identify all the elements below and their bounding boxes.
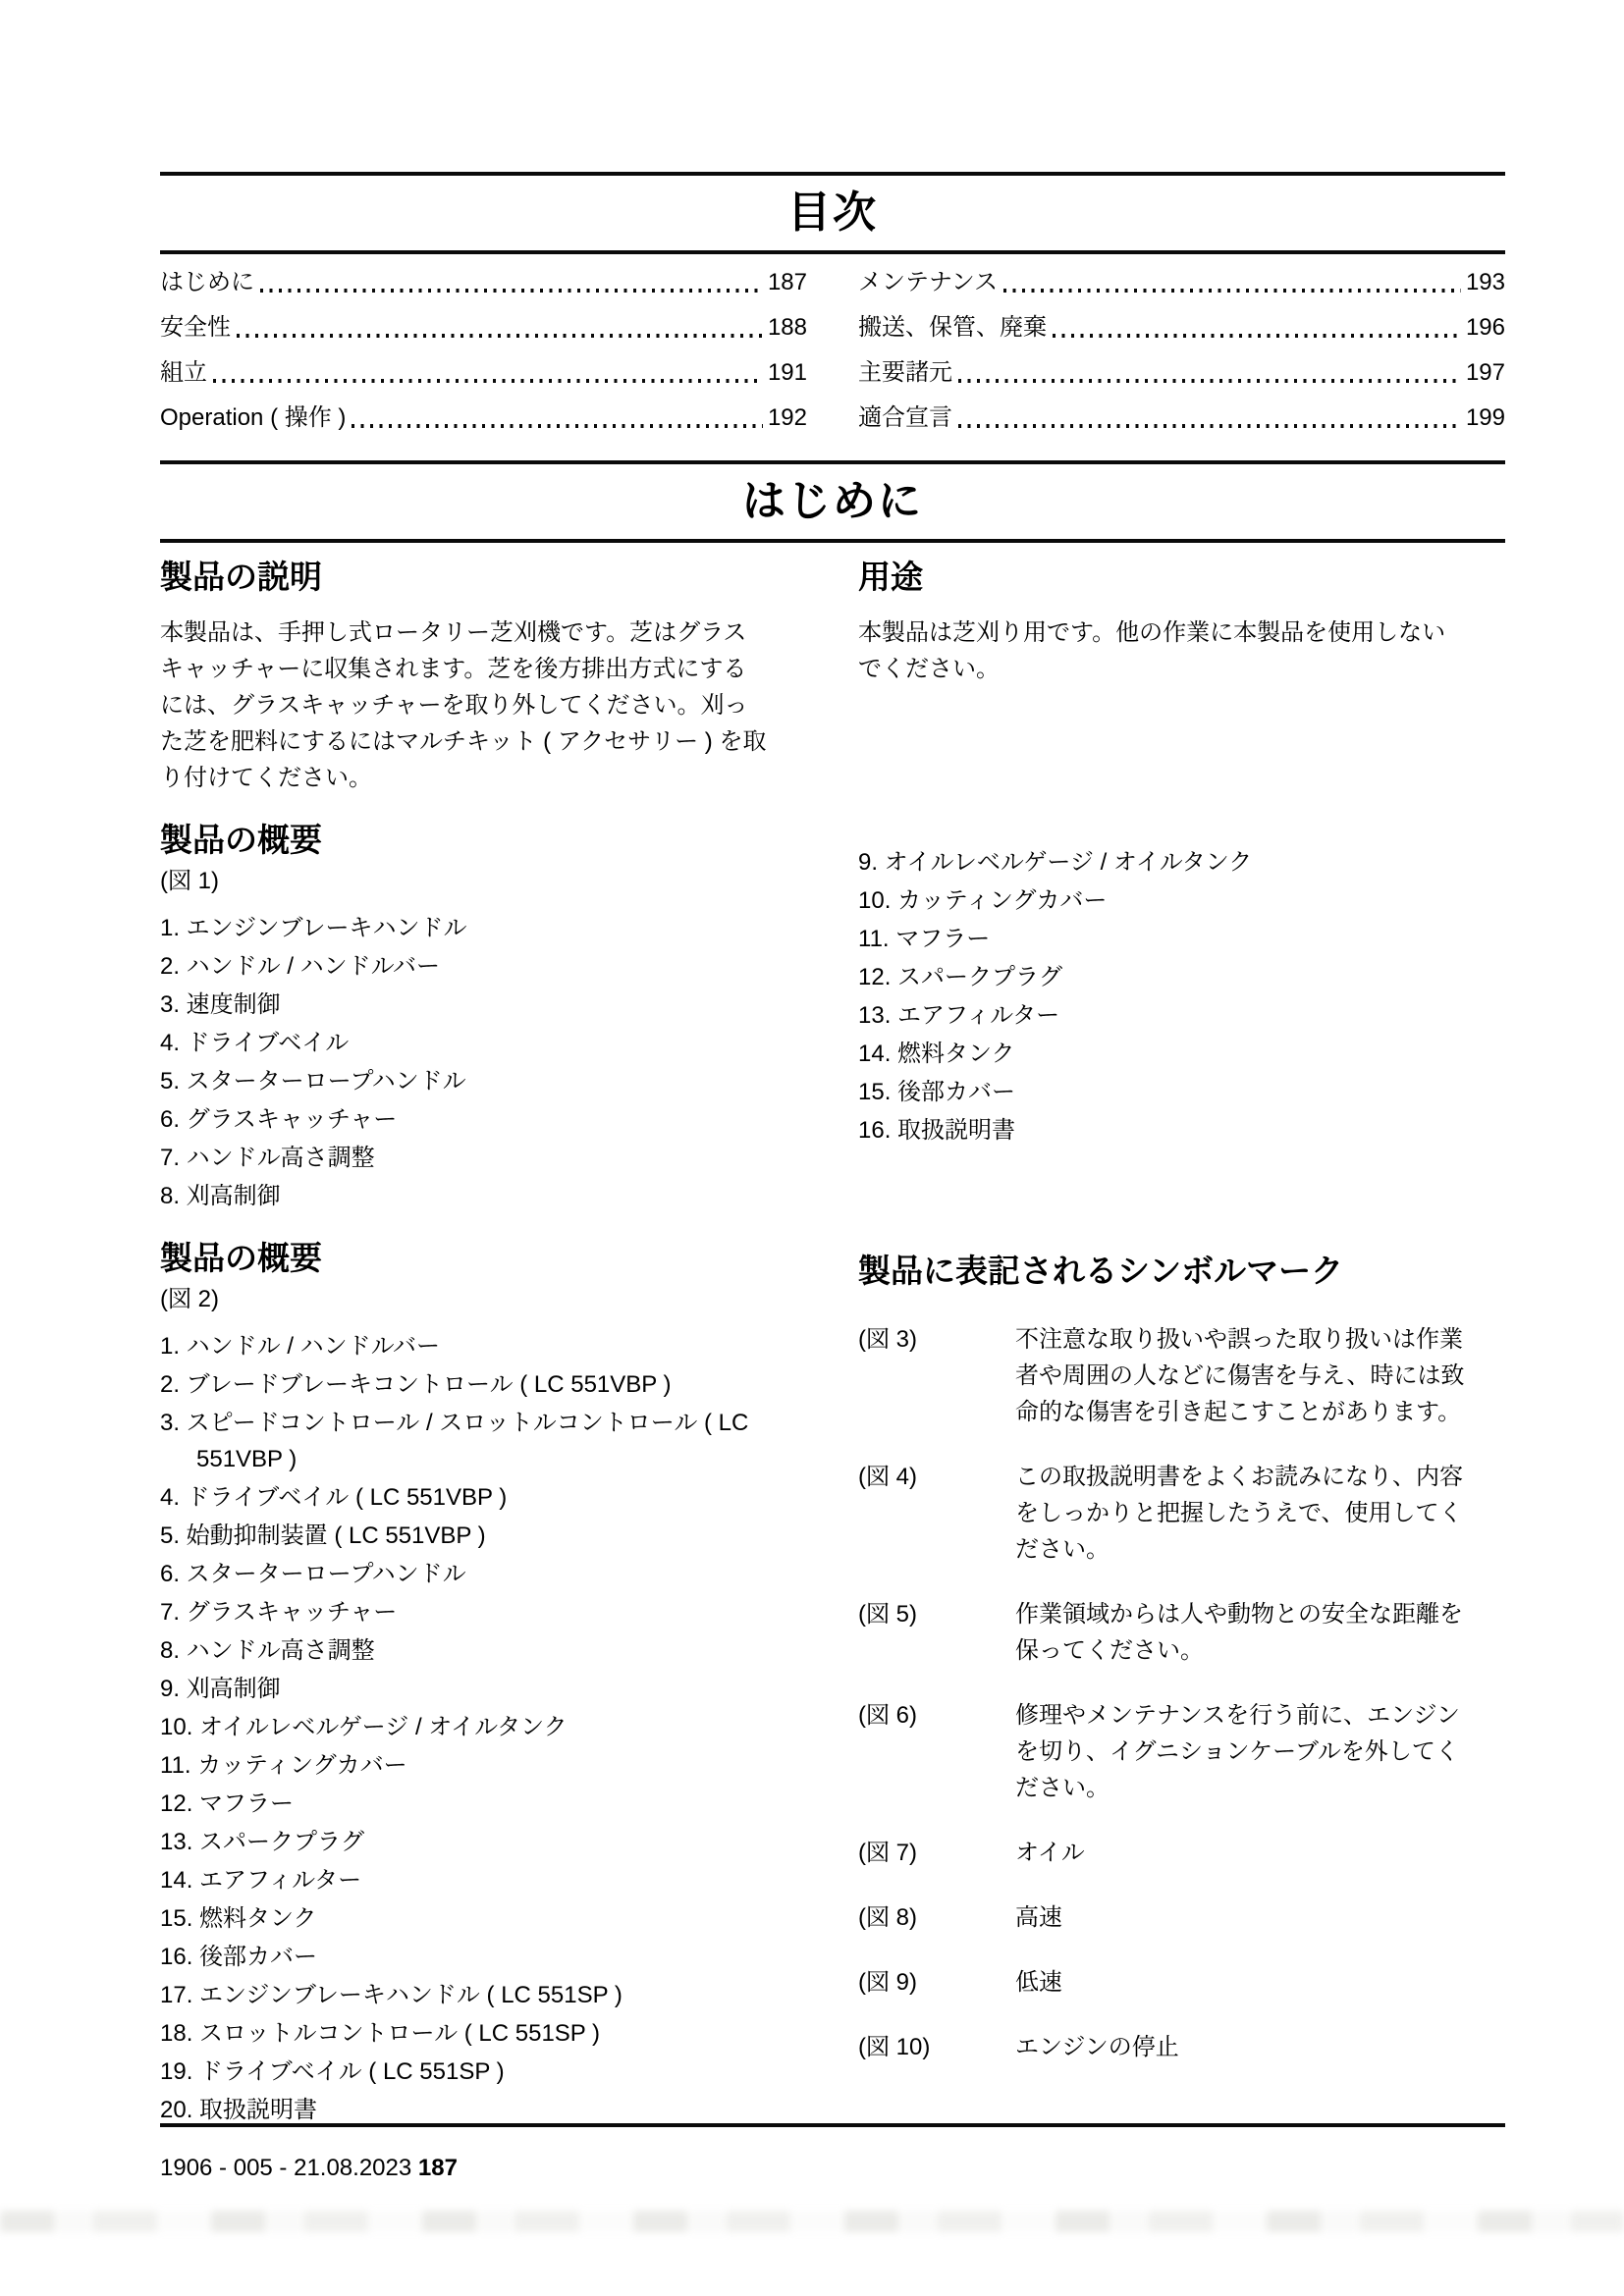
list-item: 15. 燃料タンク bbox=[160, 1900, 807, 1937]
list-item: 8. ハンドル高さ調整 bbox=[160, 1632, 807, 1669]
toc-row: 組立191 bbox=[160, 360, 807, 386]
footer-rule bbox=[160, 2123, 1505, 2127]
list-item: 14. エアフィルター bbox=[160, 1862, 807, 1898]
symbol-figure-ref: (図 7) bbox=[858, 1835, 1015, 1871]
toc-leader-dots bbox=[352, 424, 763, 428]
symbol-description: 修理やメンテナンスを行う前に、エンジンを切り、イグニションケーブルを外してくださ… bbox=[1015, 1697, 1472, 1806]
symbol-row: (図 4)この取扱説明書をよくお読みになり、内容をしっかりと把握したうえで、使用… bbox=[858, 1459, 1505, 1568]
toc-page-number: 196 bbox=[1466, 315, 1505, 341]
list-item: 2. ブレードブレーキコントロール ( LC 551VBP ) bbox=[160, 1366, 807, 1403]
toc-entry-label: 安全性 bbox=[160, 315, 231, 341]
symbol-description: 不注意な取り扱いや誤った取り扱いは作業者や周囲の人などに傷害を与え、時には致命的… bbox=[1015, 1321, 1472, 1430]
symbol-row: (図 9)低速 bbox=[858, 1964, 1505, 2001]
toc-page-number: 188 bbox=[768, 315, 807, 341]
toc-row: Operation ( 操作 )192 bbox=[160, 405, 807, 431]
toc-entry-label: Operation ( 操作 ) bbox=[160, 405, 346, 431]
symbol-rows: (図 3)不注意な取り扱いや誤った取り扱いは作業者や周囲の人などに傷害を与え、時… bbox=[858, 1321, 1505, 2065]
toc-leader-dots bbox=[237, 334, 763, 338]
symbol-description: 作業領域からは人や動物との安全な距離を保ってください。 bbox=[1015, 1596, 1472, 1669]
product-description-text: 本製品は、手押し式ロータリー芝刈機です。芝はグラスキャッチャーに収集されます。芝… bbox=[160, 614, 767, 796]
list-item: 5. スターターロープハンドル bbox=[160, 1063, 807, 1099]
list-item: 1. エンジンブレーキハンドル bbox=[160, 910, 807, 946]
list-item: 16. 取扱説明書 bbox=[858, 1112, 1505, 1148]
list-item: 12. スパークプラグ bbox=[858, 959, 1505, 995]
list-item: 2. ハンドル / ハンドルバー bbox=[160, 948, 807, 985]
list-item: 16. 後部カバー bbox=[160, 1939, 807, 1975]
toc-leader-dots bbox=[260, 289, 763, 293]
scan-artifact bbox=[0, 2211, 1624, 2232]
list-item: 13. エアフィルター bbox=[858, 997, 1505, 1034]
list-item: 4. ドライブベイル ( LC 551VBP ) bbox=[160, 1479, 807, 1516]
symbol-figure-ref: (図 5) bbox=[858, 1596, 1015, 1632]
product-description-heading: 製品の説明 bbox=[160, 559, 807, 596]
symbol-description: エンジンの停止 bbox=[1015, 2029, 1472, 2065]
toc-page-number: 192 bbox=[768, 405, 807, 431]
list-item: 6. グラスキャッチャー bbox=[160, 1101, 807, 1138]
symbol-row: (図 10)エンジンの停止 bbox=[858, 2029, 1505, 2065]
list-item: 3. スピードコントロール / スロットルコントロール ( LC 551VBP … bbox=[160, 1405, 807, 1477]
list-item: 14. 燃料タンク bbox=[858, 1036, 1505, 1072]
symbol-row: (図 5)作業領域からは人や動物との安全な距離を保ってください。 bbox=[858, 1596, 1505, 1669]
list-item: 8. 刈高制御 bbox=[160, 1178, 807, 1214]
intro-column-left: 製品の説明 本製品は、手押し式ロータリー芝刈機です。芝はグラスキャッチャーに収集… bbox=[160, 559, 807, 2130]
list-item: 7. グラスキャッチャー bbox=[160, 1594, 807, 1630]
overview-fig2-list: 1. ハンドル / ハンドルバー2. ブレードブレーキコントロール ( LC 5… bbox=[160, 1328, 807, 2128]
list-item: 1. ハンドル / ハンドルバー bbox=[160, 1328, 807, 1364]
list-item: 19. ドライブベイル ( LC 551SP ) bbox=[160, 2054, 807, 2090]
footer-doc-id: 1906 - 005 - 21.08.2023 bbox=[160, 2155, 411, 2181]
toc-leader-dots bbox=[1003, 289, 1461, 293]
toc-page-number: 197 bbox=[1466, 360, 1505, 386]
symbol-description: オイル bbox=[1015, 1835, 1472, 1871]
toc-leader-dots bbox=[958, 379, 1461, 383]
symbol-figure-ref: (図 9) bbox=[858, 1964, 1015, 2001]
toc-row: 主要諸元197 bbox=[858, 360, 1505, 386]
list-item: 10. カッティングカバー bbox=[858, 882, 1505, 919]
list-item: 13. スパークプラグ bbox=[160, 1824, 807, 1860]
list-item: 11. マフラー bbox=[858, 921, 1505, 957]
symbol-figure-ref: (図 10) bbox=[858, 2029, 1015, 2065]
toc-leader-dots bbox=[213, 379, 763, 383]
symbol-description: 高速 bbox=[1015, 1899, 1472, 1936]
content-area: 目次 はじめに187安全性188組立191Operation ( 操作 )192… bbox=[160, 0, 1505, 2130]
symbol-row: (図 7)オイル bbox=[858, 1835, 1505, 1871]
list-item: 17. エンジンブレーキハンドル ( LC 551SP ) bbox=[160, 1977, 807, 2013]
list-item: 5. 始動抑制装置 ( LC 551VBP ) bbox=[160, 1518, 807, 1554]
toc-page-number: 187 bbox=[768, 270, 807, 295]
figure2-ref: (図 2) bbox=[160, 1285, 807, 1314]
toc-column-left: はじめに187安全性188組立191Operation ( 操作 )192 bbox=[160, 270, 807, 451]
toc-page-number: 199 bbox=[1466, 405, 1505, 431]
intro-title: はじめに bbox=[160, 464, 1505, 539]
list-item: 7. ハンドル高さ調整 bbox=[160, 1140, 807, 1176]
list-item: 18. スロットルコントロール ( LC 551SP ) bbox=[160, 2015, 807, 2052]
list-item: 15. 後部カバー bbox=[858, 1074, 1505, 1110]
list-item: 11. カッティングカバー bbox=[160, 1747, 807, 1784]
intended-use-text: 本製品は芝刈り用です。他の作業に本製品を使用しないでください。 bbox=[858, 614, 1465, 687]
toc-entry-label: 組立 bbox=[160, 360, 207, 386]
toc-columns: はじめに187安全性188組立191Operation ( 操作 )192 メン… bbox=[160, 270, 1505, 451]
toc-row: 適合宣言199 bbox=[858, 405, 1505, 431]
toc-row: メンテナンス193 bbox=[858, 270, 1505, 295]
overview-fig1-heading: 製品の概要 bbox=[160, 822, 807, 859]
intro-columns: 製品の説明 本製品は、手押し式ロータリー芝刈機です。芝はグラスキャッチャーに収集… bbox=[160, 559, 1505, 2130]
toc-entry-label: 適合宣言 bbox=[858, 405, 952, 431]
symbol-row: (図 3)不注意な取り扱いや誤った取り扱いは作業者や周囲の人などに傷害を与え、時… bbox=[858, 1321, 1505, 1430]
symbol-figure-ref: (図 6) bbox=[858, 1697, 1015, 1734]
toc-page-number: 191 bbox=[768, 360, 807, 386]
list-item: 6. スターターロープハンドル bbox=[160, 1556, 807, 1592]
toc-column-right: メンテナンス193搬送、保管、廃棄196主要諸元197適合宣言199 bbox=[858, 270, 1505, 451]
manual-page: 目次 はじめに187安全性188組立191Operation ( 操作 )192… bbox=[0, 0, 1624, 2296]
figure1-ref: (図 1) bbox=[160, 867, 807, 896]
list-item: 9. オイルレベルゲージ / オイルタンク bbox=[858, 844, 1505, 881]
list-item: 12. マフラー bbox=[160, 1786, 807, 1822]
symbol-description: この取扱説明書をよくお読みになり、内容をしっかりと把握したうえで、使用してくださ… bbox=[1015, 1459, 1472, 1568]
intro-divider-bottom bbox=[160, 539, 1505, 543]
symbol-figure-ref: (図 8) bbox=[858, 1899, 1015, 1936]
toc-entry-label: 搬送、保管、廃棄 bbox=[858, 315, 1047, 341]
overview-fig1-list-right: 9. オイルレベルゲージ / オイルタンク10. カッティングカバー11. マフ… bbox=[858, 844, 1505, 1148]
list-item: 10. オイルレベルゲージ / オイルタンク bbox=[160, 1709, 807, 1745]
list-item: 9. 刈高制御 bbox=[160, 1671, 807, 1707]
list-item: 3. 速度制御 bbox=[160, 987, 807, 1023]
toc-entry-label: メンテナンス bbox=[858, 270, 998, 295]
symbol-row: (図 6)修理やメンテナンスを行う前に、エンジンを切り、イグニションケーブルを外… bbox=[858, 1697, 1505, 1806]
symbol-row: (図 8)高速 bbox=[858, 1899, 1505, 1936]
footer: 1906 - 005 - 21.08.2023 187 bbox=[160, 2154, 458, 2183]
toc-row: はじめに187 bbox=[160, 270, 807, 295]
overview-fig2-heading: 製品の概要 bbox=[160, 1240, 807, 1277]
toc-divider-bottom bbox=[160, 250, 1505, 254]
symbol-figure-ref: (図 3) bbox=[858, 1321, 1015, 1358]
toc-row: 安全性188 bbox=[160, 315, 807, 341]
symbols-heading: 製品に表記されるシンボルマーク bbox=[858, 1253, 1505, 1290]
intro-column-right: 用途 本製品は芝刈り用です。他の作業に本製品を使用しないでください。 9. オイ… bbox=[858, 559, 1505, 2130]
symbol-description: 低速 bbox=[1015, 1964, 1472, 2001]
toc-leader-dots bbox=[958, 424, 1461, 428]
toc-entry-label: はじめに bbox=[160, 270, 254, 295]
symbol-figure-ref: (図 4) bbox=[858, 1459, 1015, 1495]
toc-title: 目次 bbox=[160, 176, 1505, 250]
toc-entry-label: 主要諸元 bbox=[858, 360, 952, 386]
toc-leader-dots bbox=[1053, 334, 1461, 338]
toc-row: 搬送、保管、廃棄196 bbox=[858, 315, 1505, 341]
footer-page-number: 187 bbox=[418, 2155, 458, 2181]
list-item: 4. ドライブベイル bbox=[160, 1025, 807, 1061]
overview-fig1-list-left: 1. エンジンブレーキハンドル2. ハンドル / ハンドルバー3. 速度制御4.… bbox=[160, 910, 807, 1214]
intended-use-heading: 用途 bbox=[858, 559, 1505, 596]
toc-page-number: 193 bbox=[1466, 270, 1505, 295]
